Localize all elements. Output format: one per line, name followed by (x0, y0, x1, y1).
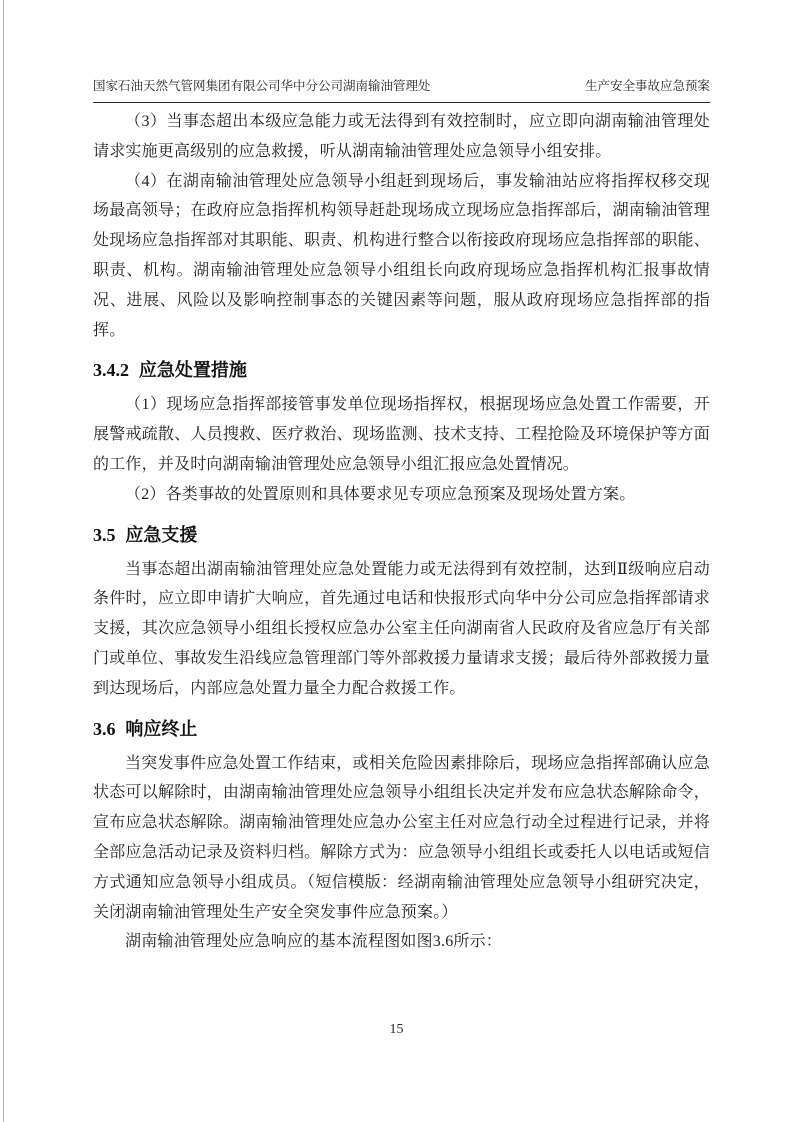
paragraph-item-4: （4）在湖南输油管理处应急领导小组赶到现场后，事发输油站应将指挥权移交现场最高领… (93, 167, 710, 346)
page-number: 15 (0, 1020, 793, 1040)
section-title: 响应终止 (125, 719, 197, 739)
section-title: 应急支援 (125, 525, 197, 545)
paragraph-termination: 当突发事件应急处置工作结束，或相关危险因素排除后，现场应急指挥部确认应急状态可以… (93, 749, 710, 928)
paragraph-item-3: （3）当事态超出本级应急能力或无法得到有效控制时，应立即向湖南输油管理处请求实施… (93, 107, 710, 167)
header-left-text: 国家石油天然气管网集团有限公司华中分公司湖南输油管理处 (93, 78, 431, 94)
paragraph-support: 当事态超出湖南输油管理处应急处置能力或无法得到有效控制，达到Ⅱ级响应启动条件时，… (93, 555, 710, 704)
section-number: 3.6 (93, 719, 116, 739)
section-heading-3-5: 3.5应急支援 (93, 523, 710, 548)
section-number: 3.5 (93, 525, 116, 545)
header-right-text: 生产安全事故应急预案 (585, 78, 710, 94)
paragraph-item-1: （1）现场应急指挥部接管事发单位现场指挥权，根据现场应急处置工作需要，开展警戒疏… (93, 390, 710, 479)
section-title: 应急处置措施 (139, 360, 247, 380)
scan-edge-line (3, 0, 4, 1122)
page-header: 国家石油天然气管网集团有限公司华中分公司湖南输油管理处 生产安全事故应急预案 (93, 78, 710, 102)
document-page: 国家石油天然气管网集团有限公司华中分公司湖南输油管理处 生产安全事故应急预案 （… (0, 0, 793, 1122)
document-body: （3）当事态超出本级应急能力或无法得到有效控制时，应立即向湖南输油管理处请求实施… (93, 107, 710, 957)
paragraph-item-2: （2）各类事故的处置原则和具体要求见专项应急预案及现场处置方案。 (93, 480, 710, 510)
section-heading-3-4-2: 3.4.2应急处置措施 (93, 358, 710, 383)
header-rule (93, 102, 710, 103)
section-number: 3.4.2 (93, 360, 129, 380)
paragraph-flowchart-reference: 湖南输油管理处应急响应的基本流程图如图3.6所示： (93, 927, 710, 957)
section-heading-3-6: 3.6响应终止 (93, 717, 710, 742)
